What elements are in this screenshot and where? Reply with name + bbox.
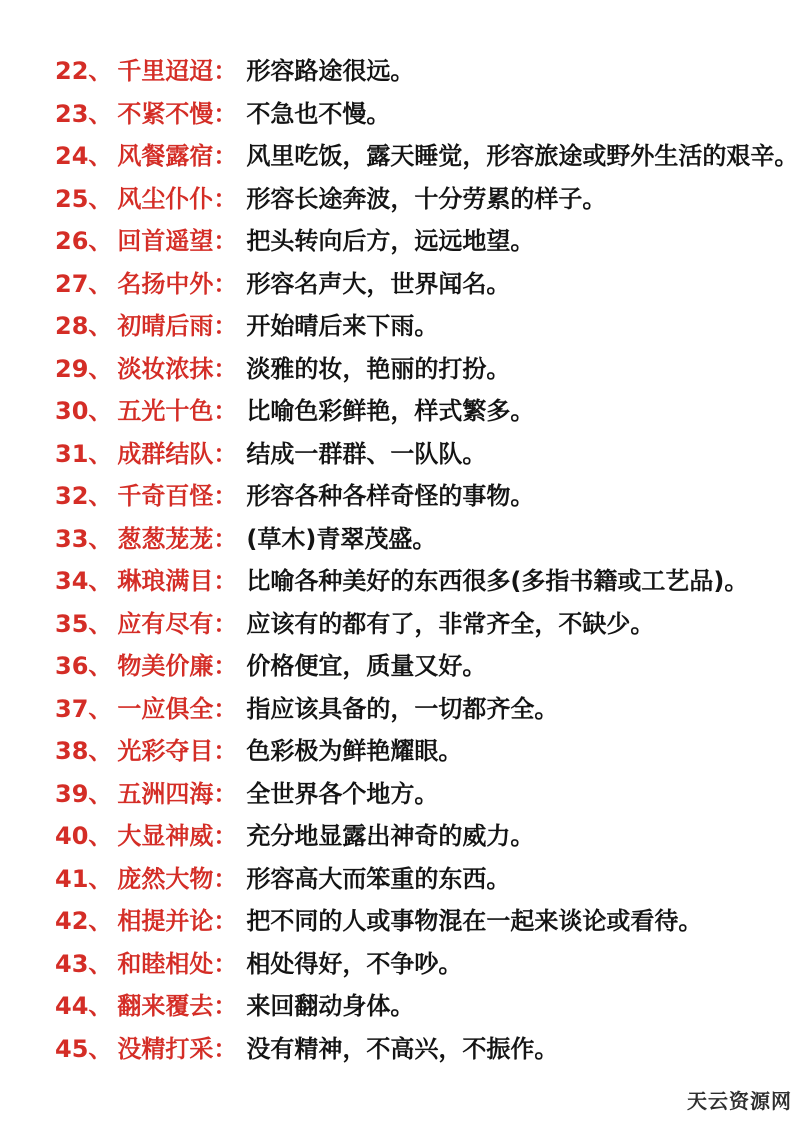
entry-number: 38、 <box>55 737 112 765</box>
entry-idiom: 应有尽有： <box>117 610 237 638</box>
idiom-entry: 35、应有尽有：应该有的都有了，非常齐全，不缺少。 <box>55 603 793 646</box>
entry-idiom: 成群结队： <box>117 440 237 468</box>
entry-definition: 风里吃饭，露天睡觉，形容旅途或野外生活的艰辛。 <box>246 142 793 170</box>
entry-number: 44、 <box>55 992 112 1020</box>
entry-idiom: 葱葱茏茏： <box>117 525 237 553</box>
idiom-entry: 43、和睦相处：相处得好，不争吵。 <box>55 943 793 986</box>
idiom-entry: 34、琳琅满目：比喻各种美好的东西很多(多指书籍或工艺品)。 <box>55 560 793 603</box>
idiom-entry: 36、物美价廉：价格便宜，质量又好。 <box>55 645 793 688</box>
entry-number: 30、 <box>55 397 112 425</box>
entry-number: 40、 <box>55 822 112 850</box>
entry-definition: 淡雅的妆，艳丽的打扮。 <box>246 355 510 383</box>
entry-idiom: 千里迢迢： <box>117 57 237 85</box>
idiom-entry: 25、风尘仆仆：形容长途奔波，十分劳累的样子。 <box>55 178 793 221</box>
idiom-entry: 28、初晴后雨：开始晴后来下雨。 <box>55 305 793 348</box>
entry-idiom: 千奇百怪： <box>117 482 237 510</box>
entry-definition: 价格便宜，质量又好。 <box>246 652 486 680</box>
entry-definition: 指应该具备的，一切都齐全。 <box>246 695 558 723</box>
entry-idiom: 不紧不慢： <box>117 100 237 128</box>
entry-number: 25、 <box>55 185 112 213</box>
entry-number: 45、 <box>55 1035 112 1063</box>
entry-idiom: 五光十色： <box>117 397 237 425</box>
idiom-entry: 37、一应俱全：指应该具备的，一切都齐全。 <box>55 688 793 731</box>
entry-idiom: 物美价廉： <box>117 652 237 680</box>
idiom-entry: 40、大显神威：充分地显露出神奇的威力。 <box>55 815 793 858</box>
idiom-entry: 42、相提并论：把不同的人或事物混在一起来谈论或看待。 <box>55 900 793 943</box>
entry-definition: 色彩极为鲜艳耀眼。 <box>246 737 462 765</box>
idiom-list: 22、千里迢迢：形容路途很远。 23、不紧不慢：不急也不慢。 24、风餐露宿：风… <box>55 50 793 1070</box>
entry-idiom: 光彩夺目： <box>117 737 237 765</box>
entry-definition: 比喻色彩鲜艳，样式繁多。 <box>246 397 534 425</box>
idiom-entry: 38、光彩夺目：色彩极为鲜艳耀眼。 <box>55 730 793 773</box>
entry-number: 28、 <box>55 312 112 340</box>
idiom-entry: 24、风餐露宿：风里吃饭，露天睡觉，形容旅途或野外生活的艰辛。 <box>55 135 793 178</box>
entry-number: 24、 <box>55 142 112 170</box>
idiom-entry: 29、淡妆浓抹：淡雅的妆，艳丽的打扮。 <box>55 348 793 391</box>
entry-number: 26、 <box>55 227 112 255</box>
entry-definition: 把头转向后方，远远地望。 <box>246 227 534 255</box>
entry-definition: 不急也不慢。 <box>246 100 390 128</box>
entry-number: 43、 <box>55 950 112 978</box>
entry-definition: 比喻各种美好的东西很多(多指书籍或工艺品)。 <box>246 567 748 595</box>
entry-idiom: 相提并论： <box>117 907 237 935</box>
idiom-entry: 31、成群结队：结成一群群、一队队。 <box>55 433 793 476</box>
idiom-entry: 26、回首遥望：把头转向后方，远远地望。 <box>55 220 793 263</box>
entry-idiom: 和睦相处： <box>117 950 237 978</box>
entry-definition: 形容路途很远。 <box>246 57 414 85</box>
entry-idiom: 淡妆浓抹： <box>117 355 237 383</box>
entry-definition: (草木)青翠茂盛。 <box>246 525 436 553</box>
entry-definition: 形容各种各样奇怪的事物。 <box>246 482 534 510</box>
entry-definition: 形容名声大，世界闻名。 <box>246 270 510 298</box>
entry-number: 35、 <box>55 610 112 638</box>
entry-idiom: 大显神威： <box>117 822 237 850</box>
entry-idiom: 风餐露宿： <box>117 142 237 170</box>
entry-idiom: 初晴后雨： <box>117 312 237 340</box>
entry-number: 41、 <box>55 865 112 893</box>
entry-definition: 形容高大而笨重的东西。 <box>246 865 510 893</box>
entry-idiom: 风尘仆仆： <box>117 185 237 213</box>
entry-idiom: 回首遥望： <box>117 227 237 255</box>
entry-number: 34、 <box>55 567 112 595</box>
idiom-entry: 22、千里迢迢：形容路途很远。 <box>55 50 793 93</box>
entry-number: 36、 <box>55 652 112 680</box>
entry-idiom: 翻来覆去： <box>117 992 237 1020</box>
entry-idiom: 庞然大物： <box>117 865 237 893</box>
idiom-entry: 33、葱葱茏茏：(草木)青翠茂盛。 <box>55 518 793 561</box>
entry-definition: 形容长途奔波，十分劳累的样子。 <box>246 185 606 213</box>
idiom-entry: 32、千奇百怪：形容各种各样奇怪的事物。 <box>55 475 793 518</box>
entry-number: 42、 <box>55 907 112 935</box>
entry-number: 33、 <box>55 525 112 553</box>
idiom-entry: 27、名扬中外：形容名声大，世界闻名。 <box>55 263 793 306</box>
entry-definition: 来回翻动身体。 <box>246 992 414 1020</box>
idiom-entry: 23、不紧不慢：不急也不慢。 <box>55 93 793 136</box>
entry-idiom: 没精打采： <box>117 1035 237 1063</box>
entry-definition: 结成一群群、一队队。 <box>246 440 486 468</box>
idiom-worksheet-page: 22、千里迢迢：形容路途很远。 23、不紧不慢：不急也不慢。 24、风餐露宿：风… <box>0 0 793 1122</box>
entry-definition: 应该有的都有了，非常齐全，不缺少。 <box>246 610 654 638</box>
entry-number: 32、 <box>55 482 112 510</box>
idiom-entry: 30、五光十色：比喻色彩鲜艳，样式繁多。 <box>55 390 793 433</box>
watermark-text: 天云资源网 <box>687 1085 792 1114</box>
entry-idiom: 一应俱全： <box>117 695 237 723</box>
entry-idiom: 五洲四海： <box>117 780 237 808</box>
entry-definition: 相处得好，不争吵。 <box>246 950 462 978</box>
idiom-entry: 45、没精打采：没有精神，不高兴，不振作。 <box>55 1028 793 1071</box>
idiom-entry: 39、五洲四海：全世界各个地方。 <box>55 773 793 816</box>
entry-idiom: 名扬中外： <box>117 270 237 298</box>
idiom-entry: 44、翻来覆去：来回翻动身体。 <box>55 985 793 1028</box>
entry-definition: 充分地显露出神奇的威力。 <box>246 822 534 850</box>
entry-definition: 把不同的人或事物混在一起来谈论或看待。 <box>246 907 702 935</box>
entry-number: 23、 <box>55 100 112 128</box>
idiom-entry: 41、庞然大物：形容高大而笨重的东西。 <box>55 858 793 901</box>
entry-idiom: 琳琅满目： <box>117 567 237 595</box>
entry-number: 29、 <box>55 355 112 383</box>
entry-number: 27、 <box>55 270 112 298</box>
entry-definition: 全世界各个地方。 <box>246 780 438 808</box>
entry-number: 31、 <box>55 440 112 468</box>
entry-number: 37、 <box>55 695 112 723</box>
entry-definition: 开始晴后来下雨。 <box>246 312 438 340</box>
entry-definition: 没有精神，不高兴，不振作。 <box>246 1035 558 1063</box>
entry-number: 39、 <box>55 780 112 808</box>
entry-number: 22、 <box>55 57 112 85</box>
